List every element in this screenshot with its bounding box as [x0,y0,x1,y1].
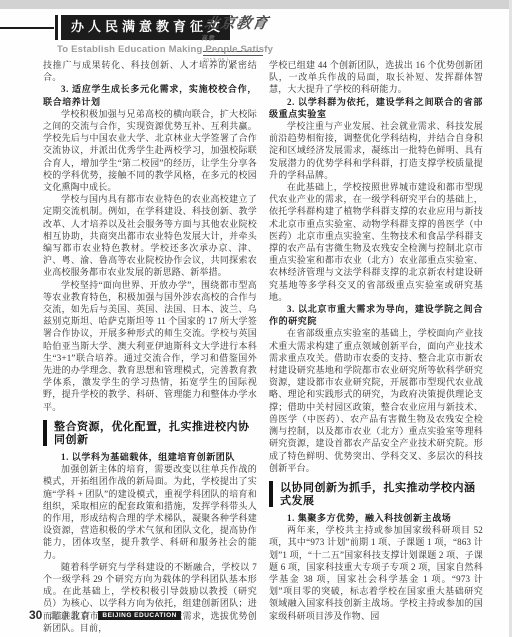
sub-heading: 2. 以学科群为依托，建设学科之间联合的省部级重点实验室 [269,96,483,120]
scan-edge-top [0,0,512,9]
magazine-name: 北京教育 [49,608,91,622]
magazine-logo: 北京教育高教 2013·05上 [203,12,273,64]
left-column: 技推广与成果转化、科技创新、人才培养的紧密结合。3. 适应学生成长多元化需求，实… [43,59,257,634]
paragraph: 在省部级重点实验室的基础上，学校面向产业技术重大需求构建了重点领域创新平台，面向… [269,327,483,473]
paragraph: 随着科学研究与学科建设的不断融合，学校以 7 个一级学科 29 个研究方向为载体… [43,561,257,634]
paragraph: 在此基础上，学校按照世界城市建设和都市型现代农业产业的需求，在一级学科研究平台的… [269,181,483,303]
sub-heading: 1. 集聚多方优势，融入科技创新主战场 [269,512,483,524]
campaign-title-english: To Establish Education Making People Sat… [57,44,273,55]
paragraph: 技推广与成果转化、科技创新、人才培养的紧密结合。 [43,59,257,83]
section-heading: 整合资源，优化配置，扎实推进校内协同创新 [43,420,257,446]
magazine-name-english: BEIJING EDUCATION [98,611,180,620]
sub-heading: 1. 以学科为基础载体，组建培育创新团队 [43,451,257,463]
magazine-logo-suffix: 高教 [201,36,216,42]
header-rule [0,27,54,29]
page-number: 30 [29,608,42,622]
section-heading: 以协同创新为抓手，扎实推动学校内涵式发展 [269,481,483,507]
magazine-page: 办人民满意教育征文 北京教育高教 2013·05上 To Establish E… [0,0,512,637]
page-footer: 30 北京教育 BEIJING EDUCATION [29,608,181,622]
paragraph: 加强创新主体的培育，需要改变以往单兵作战的模式，开拓组团作战的新局面。为此，学校… [43,463,257,561]
paragraph: 学校积极加强与兄弟高校的横向联合，扩大校际之间的交流与合作，实现资源优势互补、互… [43,108,257,193]
paragraph: 两年来，学校共主持或参加国家级科研项目 52 项，其中“973 计划”前期 1 … [269,524,483,622]
campaign-accent-bar [55,15,58,40]
sub-heading: 3. 适应学生成长多元化需求，实施校校合作，联合培养计划 [43,83,257,107]
article-body: 技推广与成果转化、科技创新、人才培养的紧密结合。3. 适应学生成长多元化需求，实… [43,59,483,634]
paragraph: 学校坚持“面向世界、开放办学”，围绕都市型高等农业教育特色，积极加强与国外涉农高… [43,279,257,413]
paragraph: 学校注重与产业发展、社会就业需求、科技发展前沿趋势相衔接，调整优化学科结构，并结… [269,120,483,181]
paragraph: 学校与国内具有都市农业特色的农业高校建立了定期交流机制。例如，在学科建设、科技创… [43,193,257,278]
right-column: 学校已组建 44 个创新团队，选拔出 16 个优势创新团队，一改单兵作战的局面，… [269,59,483,634]
sub-heading: 3. 以北京市重大需求为导向，建设学院之间合作的研究院 [269,303,483,327]
paragraph: 学校已组建 44 个创新团队，选拔出 16 个优势创新团队，一改单兵作战的局面，… [269,59,483,96]
